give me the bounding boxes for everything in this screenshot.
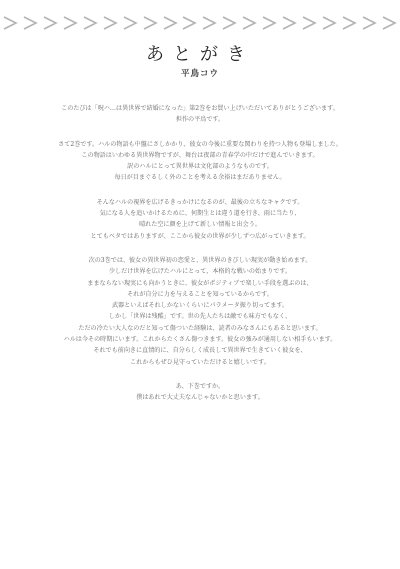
text-line: さて2巻です。ハルの物語も中盤にさしかかり、彼女の今後に重要な関わりを持つ人物も… xyxy=(20,139,380,150)
text-line: これからもぜひ見守っていただけると嬉しいです。 xyxy=(20,357,380,368)
paragraph-4: 次の3巻では、彼女の異世界初の恋愛と、異世界のきびしい現実が動き始めます。 少し… xyxy=(20,255,380,368)
paragraph-5: あ、下巻ですか。 僕はあれで大丈夫なんじゃないかと思います。 xyxy=(20,381,380,404)
text-line: それでも前向きに直情的に、自分らしく成長して異世界で生きていく彼女を、 xyxy=(20,345,380,356)
afterword-body: このたびは「呪ハ…は異世界で結婚になった」第2巻をお買い上げいただいてありがとう… xyxy=(20,103,380,417)
chevron-right-icon xyxy=(221,15,238,31)
chevron-right-icon xyxy=(341,15,358,31)
chevron-right-icon xyxy=(102,15,119,31)
paragraph-2: さて2巻です。ハルの物語も中盤にさしかかり、彼女の今後に重要な関わりを持つ人物も… xyxy=(20,139,380,184)
chevron-right-icon xyxy=(201,15,218,31)
chevron-right-icon xyxy=(22,15,39,31)
text-line: とてもベタではありますが、ここから彼女の世界が少しずつ広がっていきます。 xyxy=(20,231,380,242)
paragraph-3: そんなハルの視界を広げるきっかけになるのが、最後の立ちなキャクです。 気になる人… xyxy=(20,197,380,242)
chevron-right-icon xyxy=(381,15,398,31)
text-line: 少しだけ世界を広げたハルにとって、本格的な戦いの始まりです。 xyxy=(20,266,380,277)
chevron-right-icon xyxy=(82,15,99,31)
chevron-right-icon xyxy=(361,15,378,31)
text-line: ままならない現実にも向かうときに、彼女がポジティブで楽しい手段を選ぶのは、 xyxy=(20,278,380,289)
text-line: 次の3巻では、彼女の異世界初の恋愛と、異世界のきびしい現実が動き始めます。 xyxy=(20,255,380,266)
chevron-right-icon xyxy=(122,15,139,31)
page-title: あとがき xyxy=(0,40,400,66)
text-line: 僕はあれで大丈夫なんじゃないかと思います。 xyxy=(20,392,380,403)
text-line: しかし「世界は残酷」です。世の先人たちは敵でも味方でもなく、 xyxy=(20,311,380,322)
chevron-right-icon xyxy=(321,15,338,31)
text-line: このたびは「呪ハ…は異世界で結婚になった」第2巻をお買い上げいただいてありがとう… xyxy=(20,103,380,114)
text-line: ハルは今その時期にいます。これからたくさん傷つきます。彼女の強みが通用しない相手… xyxy=(20,334,380,345)
paragraph-1: このたびは「呪ハ…は異世界で結婚になった」第2巻をお買い上げいただいてありがとう… xyxy=(20,103,380,126)
text-line: そんなハルの視界を広げるきっかけになるのが、最後の立ちなキャクです。 xyxy=(20,197,380,208)
text-line: 武器といえばそれしかないくらいにパラメータ振り切ってます。 xyxy=(20,300,380,311)
text-line: この物語はいわゆる異世界物ですが、舞台は夜部の青春学の中だけで進んでいきます。 xyxy=(20,150,380,161)
chevron-right-icon xyxy=(181,15,198,31)
text-line: 訳のハルにとって異世界は文化部のようなものです。 xyxy=(20,161,380,172)
chevron-right-icon xyxy=(2,15,19,31)
text-line: 晴れた空に顔を上げて新しい情報と出会う。 xyxy=(20,219,380,230)
chevron-right-icon xyxy=(241,15,258,31)
chevron-right-icon xyxy=(261,15,278,31)
text-line: 毎日が目まぐるしく外のことを考える余裕はまだありません。 xyxy=(20,172,380,183)
text-line: 気になる人を追いかけるために、何期生とは違う道を行き、雨に当たり、 xyxy=(20,208,380,219)
text-line: あ、下巻ですか。 xyxy=(20,381,380,392)
text-line: それが自分に力を与えることを知っているからです。 xyxy=(20,289,380,300)
text-line: 担作の平鳥です。 xyxy=(20,114,380,125)
text-line: ただの冷たい大人なのだと知って傷ついた経験は、読者のみなさんにもあると思います。 xyxy=(20,323,380,334)
chevron-right-icon xyxy=(281,15,298,31)
chevron-right-icon xyxy=(162,15,179,31)
chevron-right-icon xyxy=(42,15,59,31)
chevron-right-icon xyxy=(62,15,79,31)
chevron-border xyxy=(0,15,400,31)
author-name: 平鳥コウ xyxy=(0,67,400,79)
chevron-right-icon xyxy=(301,15,318,31)
chevron-right-icon xyxy=(142,15,159,31)
